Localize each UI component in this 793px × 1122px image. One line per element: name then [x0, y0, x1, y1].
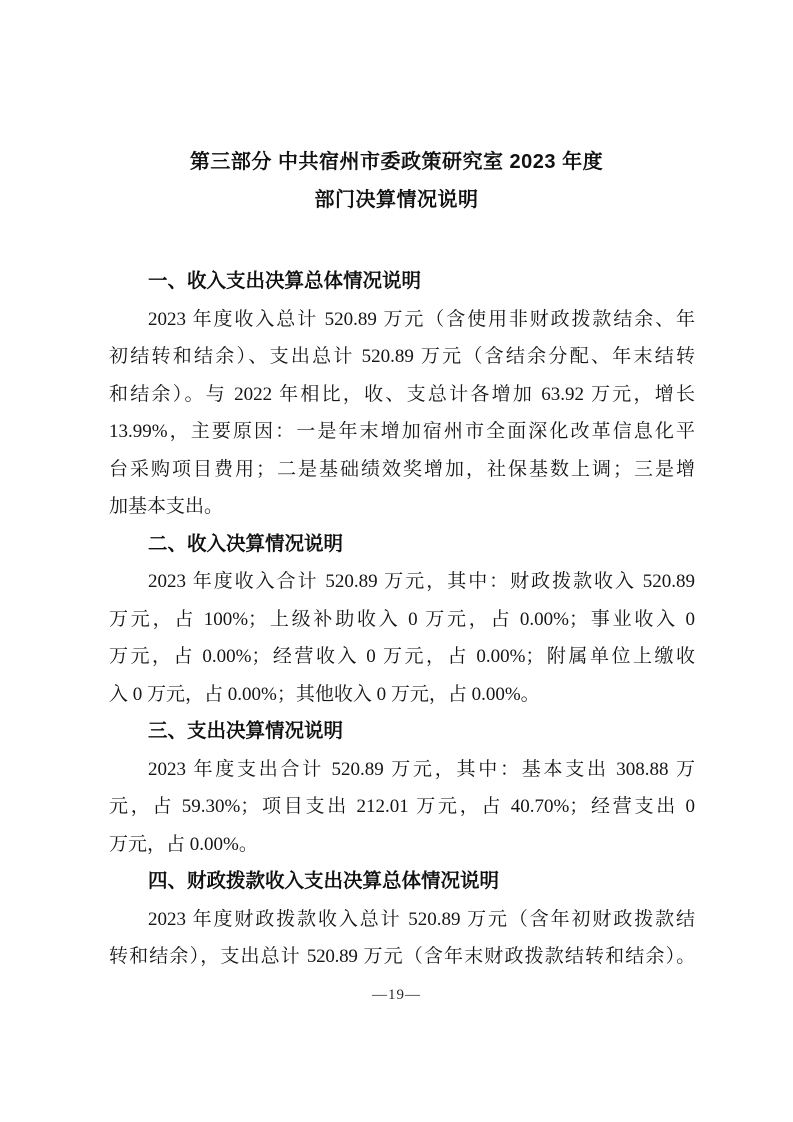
- page-number: —19—: [372, 987, 421, 1003]
- body-line: 2023 年度支出合计 520.89 万元，其中：基本支出 308.88 万: [109, 751, 695, 789]
- body-line: 初结转和结余）、支出总计 520.89 万元（含结余分配、年末结转: [109, 338, 695, 376]
- body-line: 2023 年度财政拨款收入总计 520.89 万元（含年初财政拨款结: [109, 901, 695, 939]
- section-heading-income-details: 二、收入决算情况说明: [109, 526, 695, 564]
- document-title-line1: 第三部分 中共宿州市委政策研究室 2023 年度: [0, 144, 793, 182]
- body-line: 万元，占 100%；上级补助收入 0 万元，占 0.00%；事业收入 0: [109, 601, 695, 639]
- document-body: 一、收入支出决算总体情况说明 2023 年度收入总计 520.89 万元（含使用…: [109, 263, 695, 976]
- section-heading-expenditure-details: 三、支出决算情况说明: [109, 713, 695, 751]
- body-line: 元，占 59.30%；项目支出 212.01 万元，占 40.70%；经营支出 …: [109, 788, 695, 826]
- section-heading-income-expenditure-overview: 一、收入支出决算总体情况说明: [109, 263, 695, 301]
- document-page: 第三部分 中共宿州市委政策研究室 2023 年度 部门决算情况说明 一、收入支出…: [0, 0, 793, 1122]
- section-heading-fiscal-appropriation-overview: 四、财政拨款收入支出决算总体情况说明: [109, 863, 695, 901]
- body-line: 万元，占 0.00%；经营收入 0 万元，占 0.00%；附属单位上缴收: [109, 638, 695, 676]
- body-line: 万元，占 0.00%。: [109, 826, 695, 864]
- body-line: 加基本支出。: [109, 488, 695, 526]
- document-title-line2: 部门决算情况说明: [0, 182, 793, 220]
- page-footer: —19—: [0, 984, 793, 1006]
- body-line: 台采购项目费用；二是基础绩效奖增加，社保基数上调；三是增: [109, 451, 695, 489]
- body-line: 2023 年度收入合计 520.89 万元，其中：财政拨款收入 520.89: [109, 563, 695, 601]
- body-line: 转和结余），支出总计 520.89 万元（含年末财政拨款结转和结余）。: [109, 938, 695, 976]
- document-title: 第三部分 中共宿州市委政策研究室 2023 年度 部门决算情况说明: [0, 144, 793, 219]
- body-line: 13.99%，主要原因：一是年末增加宿州市全面深化改革信息化平: [109, 413, 695, 451]
- body-line: 和结余）。与 2022 年相比，收、支总计各增加 63.92 万元，增长: [109, 376, 695, 414]
- body-line: 2023 年度收入总计 520.89 万元（含使用非财政拨款结余、年: [109, 301, 695, 339]
- body-line: 入 0 万元，占 0.00%；其他收入 0 万元，占 0.00%。: [109, 676, 695, 714]
